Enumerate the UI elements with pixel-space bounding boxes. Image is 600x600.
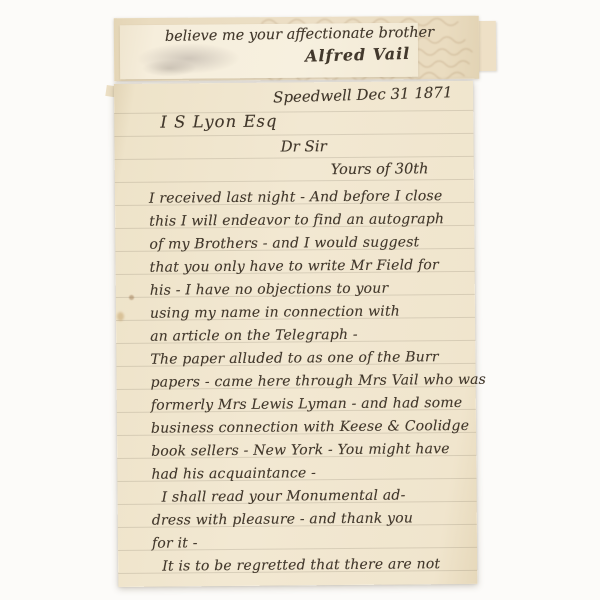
foxing-spot [129,295,134,300]
letter-salutation: Dr Sir [280,137,326,155]
letter-body-line: using my name in connection with [150,300,465,326]
letter-body-line: for it - [152,530,467,556]
letter-body-line: business connection with Keese & Coolidg… [151,415,466,441]
letter-body-line: I received last night - And before I clo… [149,185,464,211]
letter-body-line: of my Brothers - and I would suggest [149,231,464,257]
letter-body-line: his - I have no objections to your [150,277,465,303]
signature-alfred-vail: Alfred Vail [305,44,411,66]
letter-dateline: Speedwell Dec 31 1871 [272,83,452,106]
letter-body-line: had his acquaintance - [151,461,466,487]
letter-opening-line: Yours of 30th [331,161,429,178]
slip-closing-line: believe me your affectionate brother [165,25,434,45]
letter-body-line: dress with pleasure - and thank you [152,507,467,533]
letter-body-line: formerly Mrs Lewis Lyman - and had some [151,392,466,418]
letter-body-line: an article on the Telegraph - [150,323,465,349]
letter-body-line: It is to be regretted that there are not [152,553,467,579]
letter-body-line: book sellers - New York - You might have [151,438,466,464]
letter-body-line: papers - came here through Mrs Vail who … [151,369,466,395]
letter-body-line: I shall read your Monumental ad- [152,484,467,510]
letter-body: I received last night - And before I clo… [149,185,467,579]
letter-body-line: that you only have to write Mr Field for [150,254,465,280]
letter-body-line: this I will endeavor to find an autograp… [149,208,464,234]
letter-body-line: The paper alluded to as one of the Burr [150,346,465,372]
foxing-spot [117,312,124,321]
letter-page: Speedwell Dec 31 1871 I S Lyon Esq Dr Si… [114,81,477,587]
letter-addressee: I S Lyon Esq [160,112,277,132]
signature-slip: believe me your affectionate brother Alf… [120,23,418,80]
letter-photo: believe me your affectionate brother Alf… [0,0,600,600]
